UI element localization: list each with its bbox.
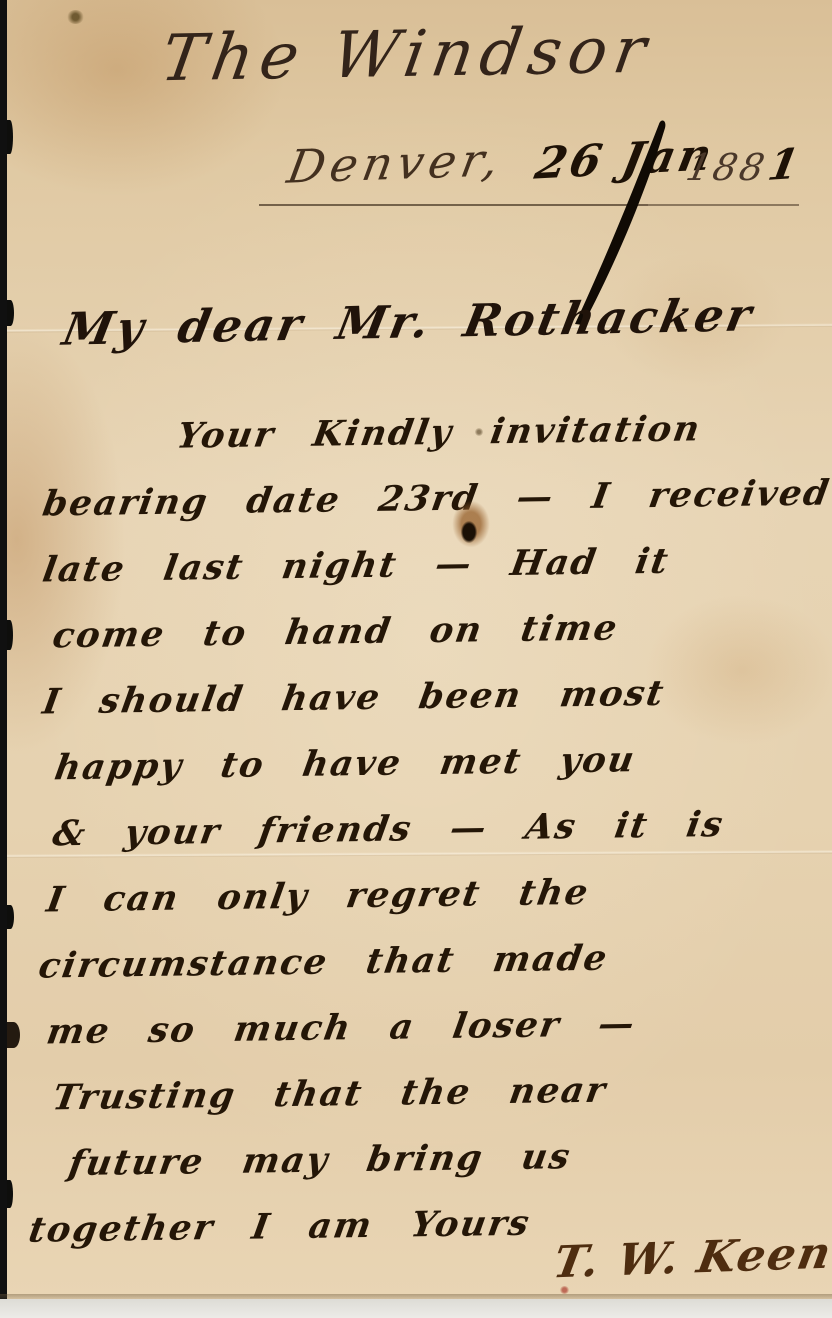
torn-edge-dark-spot [7,1022,20,1048]
body-line: late last night — Had it [2,538,832,616]
letterhead: The Windsor [157,18,657,92]
torn-edge-notch [7,300,14,326]
body-line: I should have been most [2,670,832,748]
hotel-name-script: The Windsor [150,14,663,97]
body-line: me so much a loser — [2,1000,832,1078]
torn-edge-notch [7,620,13,650]
scanner-bed-strip [0,1299,832,1318]
body-line: bearing date 23rd — I received [2,472,832,550]
body-line: & your friends — As it is [2,802,832,880]
letter-paper: The Windsor Denver, 26 Jan 188 1 My dear… [7,0,832,1299]
body-line: Your Kindly invitation [2,406,832,484]
salutation: My dear Mr. Rothacker [59,289,712,355]
torn-edge-notch [7,120,13,154]
printed-city-label: Denver, [283,132,508,193]
body-line: Trusting that the near [2,1066,832,1144]
dateline: Denver, 26 Jan 188 1 [247,128,817,248]
signature: T. W. Keene [549,1227,832,1289]
torn-edge-notch [7,1180,13,1208]
letter-body: Your Kindly invitation bearing date 23rd… [7,418,832,1276]
body-line: I can only regret the [2,868,832,946]
scanned-letter-page: The Windsor Denver, 26 Jan 188 1 My dear… [0,0,832,1318]
torn-edge-notch [7,905,14,929]
stain-speck-top-left [67,10,84,24]
body-line: future may bring us [2,1132,832,1210]
ink-blot [445,494,497,556]
body-line: happy to have met you [2,736,832,814]
body-line: circumstance that made [2,934,832,1012]
body-line: come to hand on time [2,604,832,682]
printed-date-rule [259,204,799,206]
